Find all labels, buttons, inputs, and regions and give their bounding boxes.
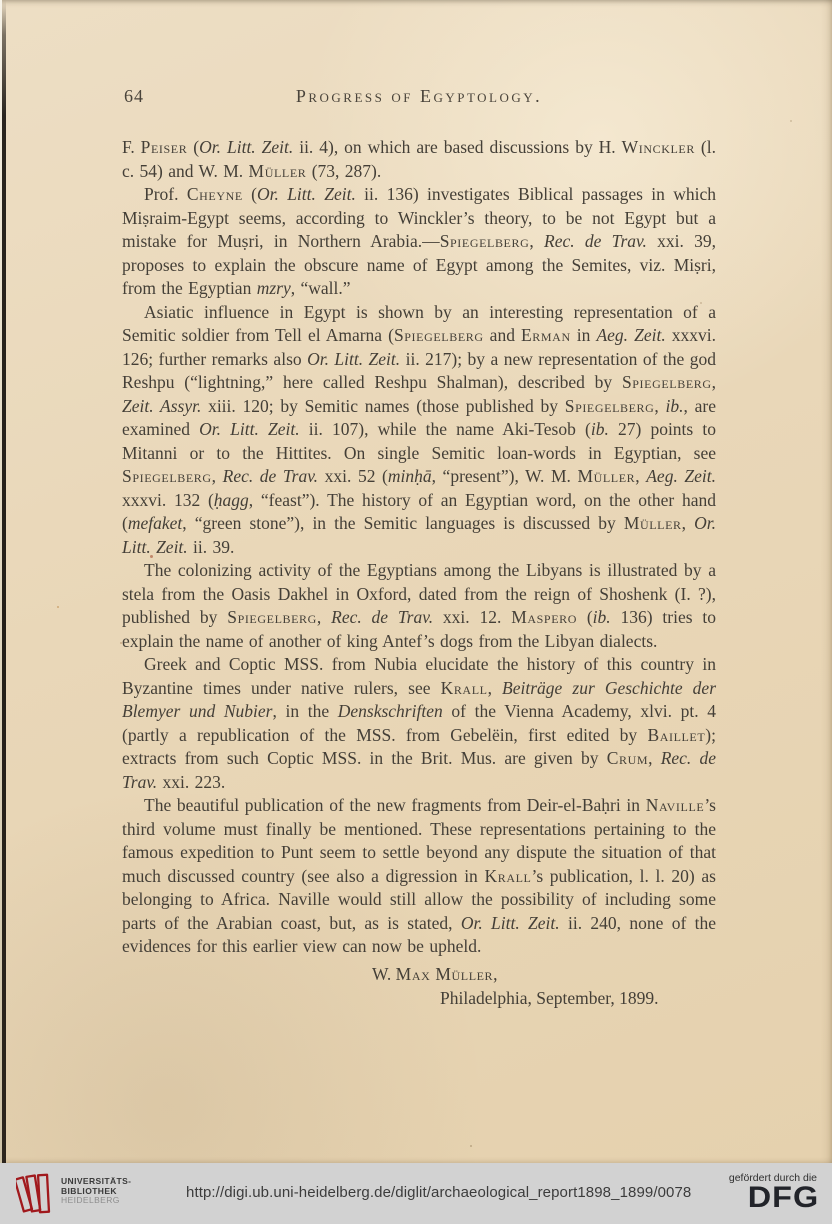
scanned-page: 64 Progress of Egyptology. F. Peiser (Or… [0,0,832,1163]
scan-left-shadow [2,0,6,1163]
stacked-books-icon [16,1171,54,1221]
paragraph: The beautiful publication of the new fra… [122,794,716,959]
signature-name: W. Max Müller, [122,962,716,986]
body-paragraphs: F. Peiser (Or. Litt. Zeit. ii. 4), on wh… [122,136,716,959]
library-name: UNIVERSITÄTS- BIBLIOTHEK HEIDELBERG [61,1177,131,1206]
scan-url: http://digi.ub.uni-heidelberg.de/diglit/… [186,1184,691,1201]
paragraph: Prof. Cheyne (Or. Litt. Zeit. ii. 136) i… [122,183,716,301]
running-header: Progress of Egyptology. [122,86,716,107]
page-text-block: 64 Progress of Egyptology. F. Peiser (Or… [122,84,716,1010]
digitization-footer: UNIVERSITÄTS- BIBLIOTHEK HEIDELBERG http… [0,1163,832,1224]
paragraph: The colonizing activity of the Egyptians… [122,559,716,653]
paragraph: Asiatic influence in Egypt is shown by a… [122,301,716,560]
paragraph: Greek and Coptic MSS. from Nubia elucida… [122,653,716,794]
dfg-logo: DFG [747,1181,819,1215]
library-name-line3: HEIDELBERG [61,1196,131,1206]
signature-block: W. Max Müller, Philadelphia, September, … [122,962,716,1010]
page-header-row: 64 Progress of Egyptology. [122,84,716,112]
signature-place: Philadelphia, September, 1899. [122,986,716,1010]
paragraph: F. Peiser (Or. Litt. Zeit. ii. 4), on wh… [122,136,716,183]
